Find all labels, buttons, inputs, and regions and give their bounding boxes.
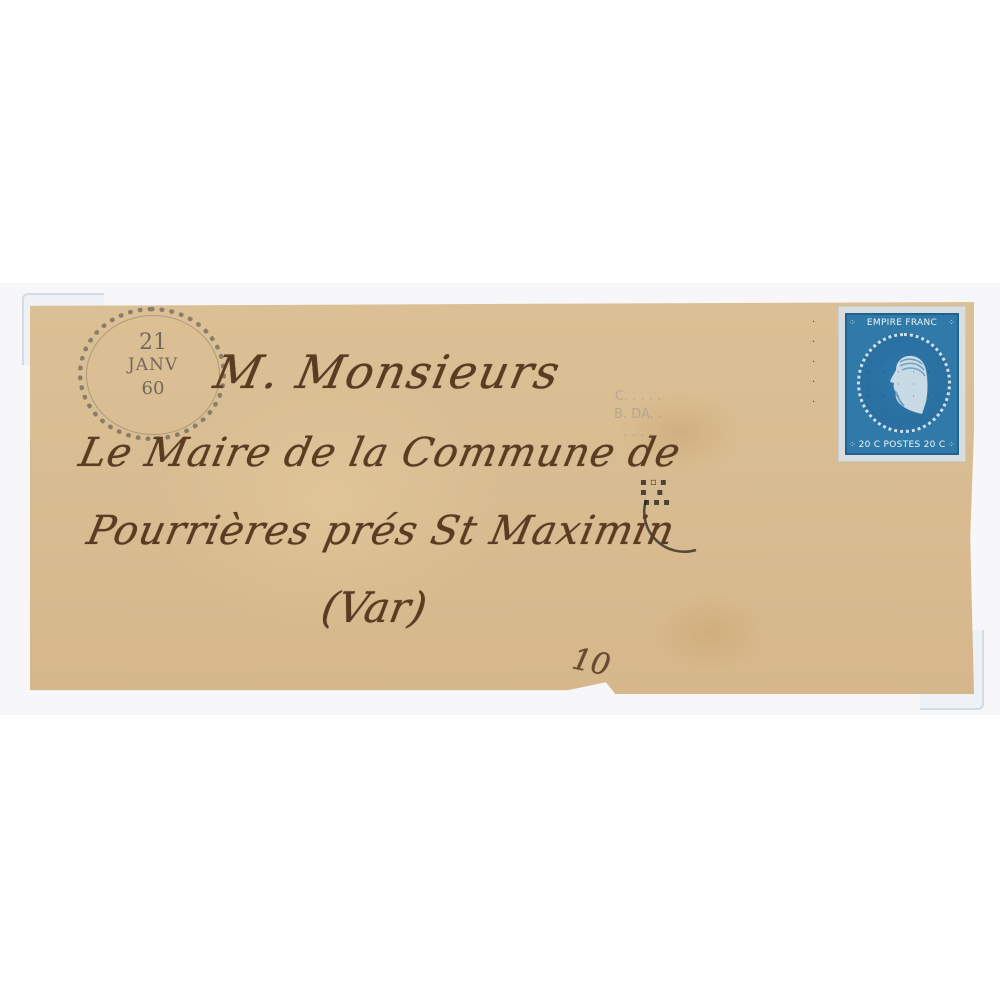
stamp-corner-ornament-icon: ⁘ bbox=[849, 441, 856, 449]
address-line-4: (Var) bbox=[318, 583, 431, 632]
stamp-corner-ornament-icon: ⁘ bbox=[948, 441, 955, 449]
address-line-2: Le Maire de la Commune de bbox=[75, 430, 685, 476]
stamp-bottom-text: 20 C POSTES 20 C bbox=[847, 437, 957, 453]
postmark-month: JANV bbox=[113, 355, 193, 375]
faint-stamp-line: C. . . . . bbox=[583, 388, 693, 406]
postmark-year: 60 bbox=[113, 378, 193, 399]
stamp-cancellation-dots: · · · ·· · · · ·· · · ·· · · · · bbox=[867, 355, 935, 403]
perforation-dots: ····· bbox=[812, 318, 815, 408]
postage-stamp: EMPIRE FRANC ⁘ ⁘ 20 C POSTES 20 C ⁘ ⁘ · … bbox=[838, 306, 966, 462]
address-line-1: M. Monsieurs bbox=[209, 345, 566, 399]
stamp-frame: EMPIRE FRANC ⁘ ⁘ 20 C POSTES 20 C ⁘ ⁘ · … bbox=[845, 313, 959, 455]
stamp-corner-ornament-icon: ⁘ bbox=[849, 319, 856, 327]
marginal-note: 10 bbox=[569, 641, 614, 683]
postmark-day: 21 bbox=[113, 330, 193, 355]
stamp-corner-ornament-icon: ⁘ bbox=[948, 319, 955, 327]
address-line-3: Pourrières prés St Maximin bbox=[83, 508, 679, 554]
stamp-top-text: EMPIRE FRANC bbox=[847, 315, 957, 331]
faint-stamp-line: B. DA. . bbox=[583, 406, 693, 424]
